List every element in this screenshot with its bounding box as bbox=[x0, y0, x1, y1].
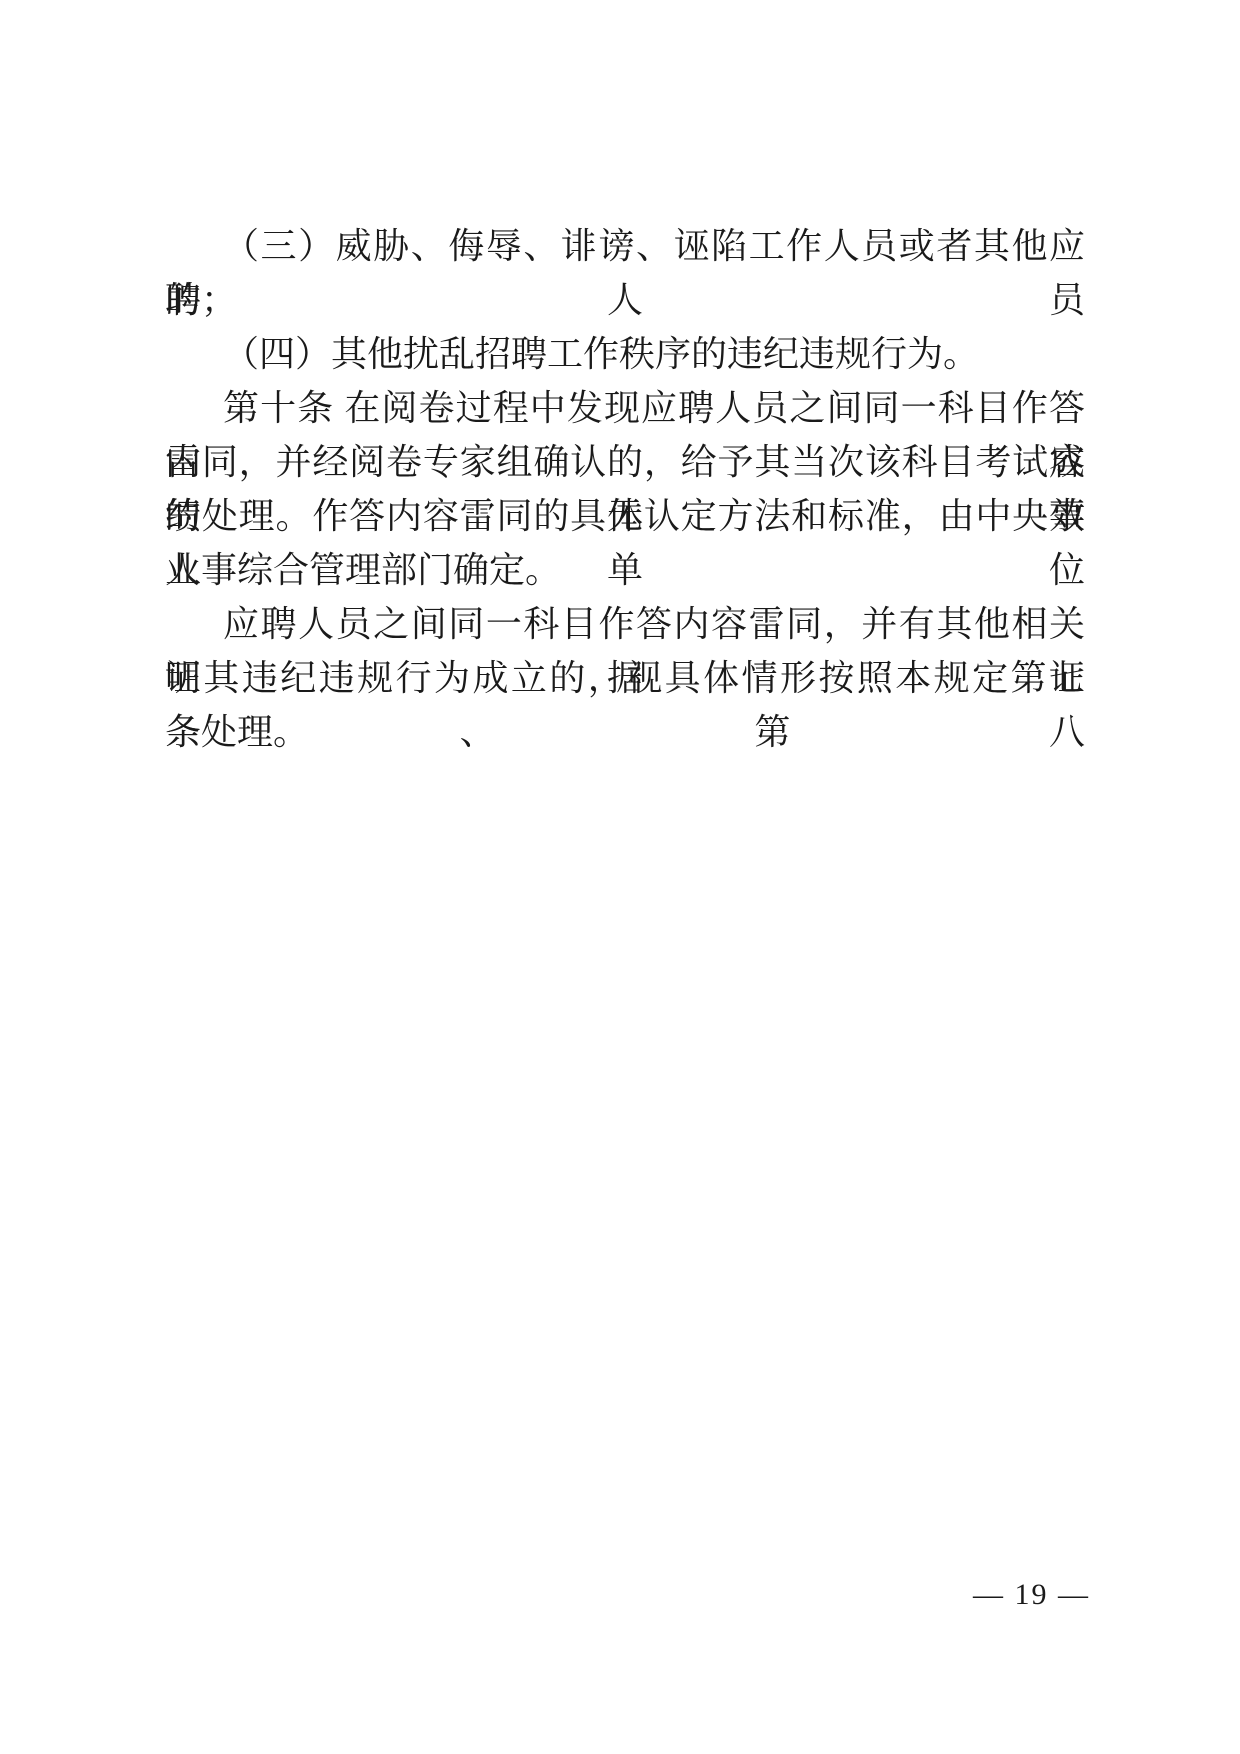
text-line: 雷同，并经阅卷专家组确认的，给予其当次该科目考试成绩无效 bbox=[165, 435, 1085, 489]
text-line: （三）威胁、侮辱、诽谤、诬陷工作人员或者其他应聘人员 bbox=[165, 219, 1085, 273]
text-line: （四）其他扰乱招聘工作秩序的违纪违规行为。 bbox=[165, 327, 1085, 381]
text-line: 的处理。作答内容雷同的具体认定方法和标准，由中央事业单位 bbox=[165, 489, 1085, 543]
text-line: 第十条 在阅卷过程中发现应聘人员之间同一科目作答内容 bbox=[165, 381, 1085, 435]
text-line: 应聘人员之间同一科目作答内容雷同，并有其他相关证据证 bbox=[165, 597, 1085, 651]
page-number: — 19 — bbox=[973, 1577, 1090, 1613]
document-body: （三）威胁、侮辱、诽谤、诬陷工作人员或者其他应聘人员的；（四）其他扰乱招聘工作秩… bbox=[165, 219, 1085, 759]
document-page: （三）威胁、侮辱、诽谤、诬陷工作人员或者其他应聘人员的；（四）其他扰乱招聘工作秩… bbox=[0, 0, 1240, 1754]
text-line: 明其违纪违规行为成立的，视具体情形按照本规定第七条、第八 bbox=[165, 651, 1085, 705]
